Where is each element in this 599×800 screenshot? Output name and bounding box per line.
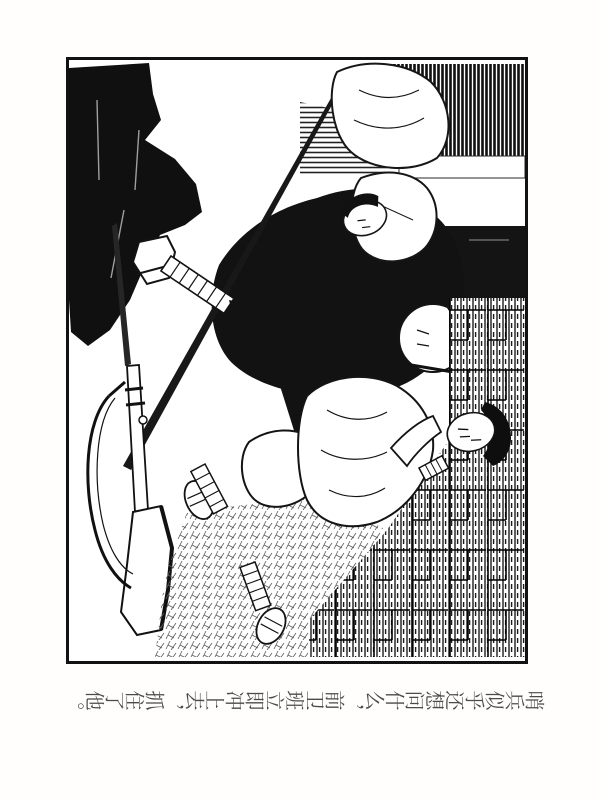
panel-frame: [66, 57, 528, 664]
caption-text: 哨兵似乎还想问什么，前卫班立即冲上去，抓住了他。: [55, 686, 545, 712]
panel-illustration: [69, 60, 525, 661]
lianhuanhua-page: 哨兵似乎还想问什么，前卫班立即冲上去，抓住了他。: [0, 0, 599, 800]
